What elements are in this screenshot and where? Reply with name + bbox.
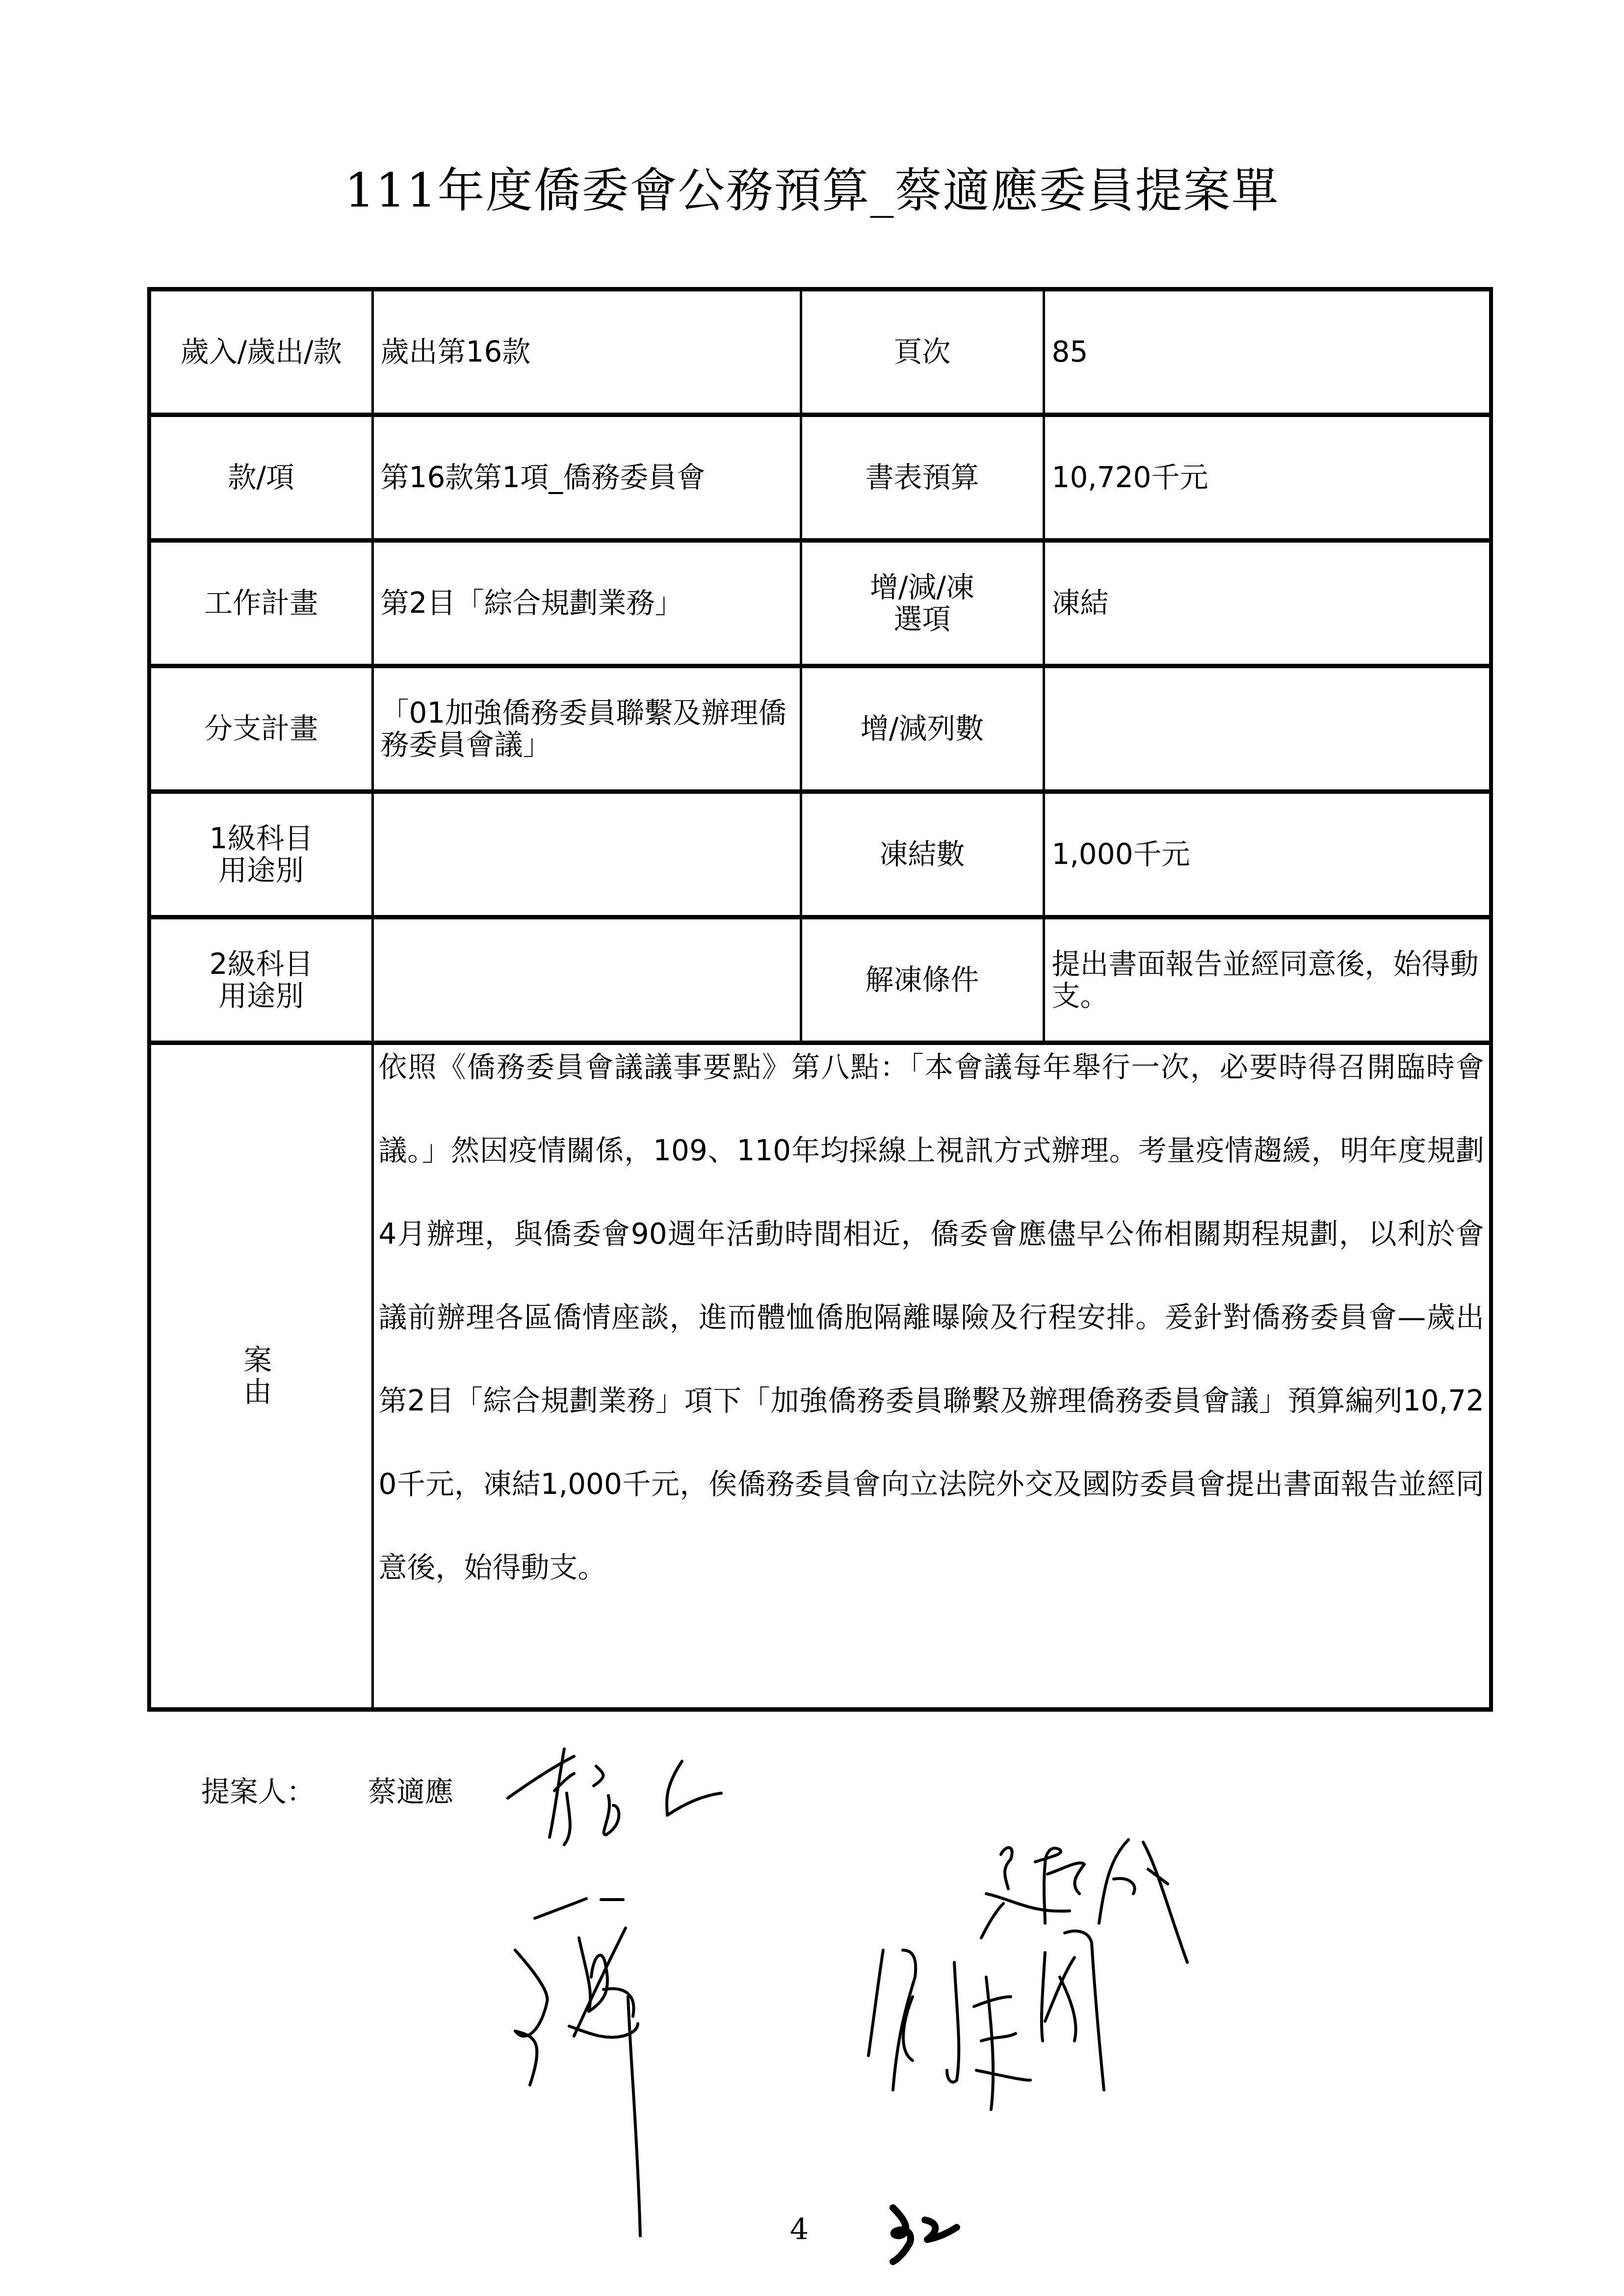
label-section-item: 款/項 xyxy=(149,415,372,541)
label-level1-subject: 1級科目 用途別 xyxy=(149,792,372,917)
reason-text: 依照《僑務委員會議議事要點》第八點：「本會議每年舉行一次，必要時得召開臨時會議。… xyxy=(379,1043,1485,1610)
page-number: 4 xyxy=(790,2213,809,2247)
label-reason: 案由 xyxy=(149,1043,372,1710)
value-sub-plan: 「01加強僑務委員聯繫及辦理僑務委員會議」 xyxy=(372,666,801,792)
form-row-level1-subject: 1級科目 用途別 凍結數 1,000千元 xyxy=(149,792,1491,917)
form-row-budget-category: 歲入/歲出/款 歲出第16款 頁次 85 xyxy=(149,289,1491,415)
label-sub-plan: 分支計畫 xyxy=(149,666,372,792)
form-row-section-item: 款/項 第16款第1項_僑務委員會 書表預算 10,720千元 xyxy=(149,415,1491,541)
label-budget-category: 歲入/歲出/款 xyxy=(149,289,372,415)
proposer-label: 提案人： xyxy=(201,1769,368,1810)
value-unfreeze-condition: 提出書面報告並經同意後，始得動支。 xyxy=(1044,917,1491,1043)
value-section-item: 第16款第1項_僑務委員會 xyxy=(372,415,801,541)
level2-subject-label-text: 2級科目 用途別 xyxy=(210,947,313,1013)
value-work-plan: 第2目「綜合規劃業務」 xyxy=(372,541,801,666)
proposer-signature-icon xyxy=(496,1747,751,1864)
value-adjust-amount xyxy=(1044,666,1491,792)
proposal-form-table: 歲入/歲出/款 歲出第16款 頁次 85 款/項 第16款第1項_僑務委員會 書… xyxy=(147,287,1493,1712)
label-page-ref: 頁次 xyxy=(801,289,1044,415)
value-frozen-amount: 1,000千元 xyxy=(1044,792,1491,917)
value-stated-budget: 10,720千元 xyxy=(1044,415,1491,541)
value-level2-subject xyxy=(372,917,801,1043)
value-reason: 依照《僑務委員會議議事要點》第八點：「本會議每年舉行一次，必要時得召開臨時會議。… xyxy=(372,1043,1491,1710)
value-level1-subject xyxy=(372,792,801,917)
form-row-sub-plan: 分支計畫 「01加強僑務委員聯繫及辦理僑務委員會議」 增/減列數 xyxy=(149,666,1491,792)
label-stated-budget: 書表預算 xyxy=(801,415,1044,541)
form-row-reason: 案由 依照《僑務委員會議議事要點》第八點：「本會議每年舉行一次，必要時得召開臨時… xyxy=(149,1043,1491,1710)
label-adjust-amount: 增/減列數 xyxy=(801,666,1044,792)
value-budget-category: 歲出第16款 xyxy=(372,289,801,415)
page-title: 111年度僑委會公務預算_蔡適應委員提案單 xyxy=(0,167,1624,214)
label-level2-subject: 2級科目 用途別 xyxy=(149,917,372,1043)
cosigner-signature-1-icon xyxy=(505,1864,800,2237)
label-work-plan: 工作計畫 xyxy=(149,541,372,666)
proposer-line: 提案人： 蔡適應 xyxy=(201,1769,468,1810)
label-action-option: 增/減/凍 選項 xyxy=(801,541,1044,666)
level1-subject-label-text: 1級科目 用途別 xyxy=(210,822,313,887)
proposer-name: 蔡適應 xyxy=(368,1769,453,1810)
form-row-work-plan: 工作計畫 第2目「綜合規劃業務」 增/減/凍 選項 凍結 xyxy=(149,541,1491,666)
value-page-ref: 85 xyxy=(1044,289,1491,415)
label-unfreeze-condition: 解凍條件 xyxy=(801,917,1044,1043)
action-option-label-text: 增/減/凍 選項 xyxy=(870,571,974,636)
handwritten-page-mark-icon xyxy=(883,2198,962,2267)
cosigner-signature-3-icon xyxy=(859,1923,1192,2178)
value-action-option: 凍結 xyxy=(1044,541,1491,666)
label-frozen-amount: 凍結數 xyxy=(801,792,1044,917)
form-row-level2-subject: 2級科目 用途別 解凍條件 提出書面報告並經同意後，始得動支。 xyxy=(149,917,1491,1043)
